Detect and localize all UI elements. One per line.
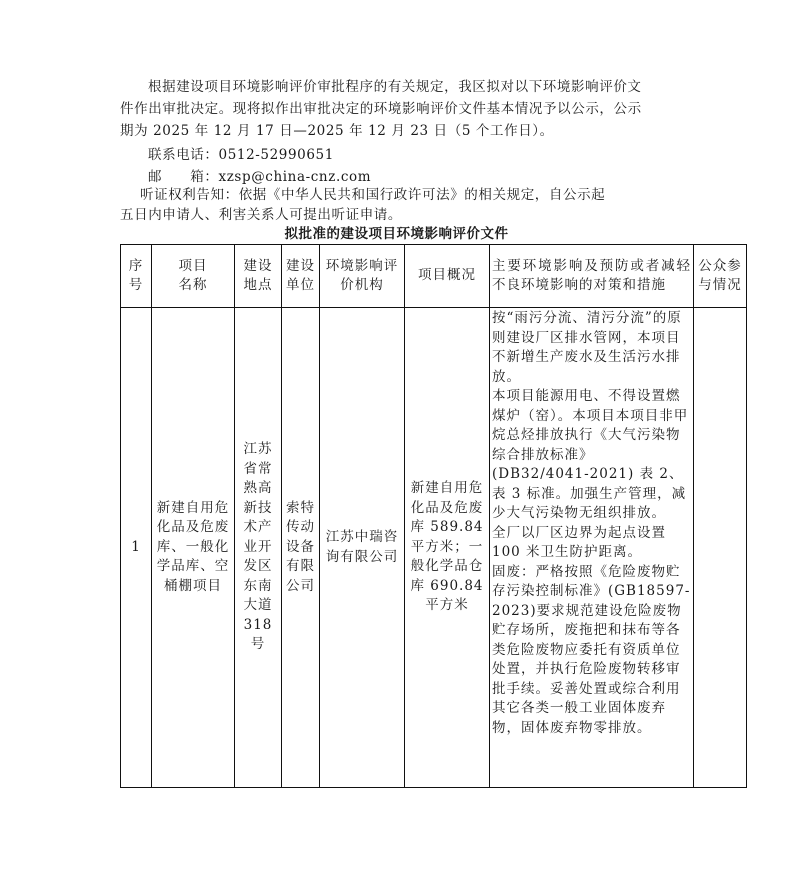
cell-eia-agency: 江苏中瑞咨询有限公司 [320, 308, 405, 788]
table-row: 1 新建自用危化品及危废库、一般化学品库、空桶棚项目 江苏省常熟高新技术产业开发… [121, 308, 747, 788]
phone-value: 0512-52990651 [219, 147, 334, 163]
contact-email: 邮 箱：xzsp@china-cnz.com [148, 165, 371, 185]
header-location: 建设地点 [235, 245, 282, 308]
measure-air: 本项目能源用电、不得设置燃煤炉（窑）。本项目本项目非甲烷总烃排放执行《大气污染物… [492, 387, 691, 524]
cell-overview: 新建自用危化品及危废库 589.84 平方米；一般化学品仓库 690.84 平方… [405, 308, 490, 788]
header-overview: 项目概况 [405, 245, 490, 308]
measure-water: 按“雨污分流、清污分流”的原则建设厂区排水管网，本项目不新增生产废水及生活污水排… [492, 309, 691, 387]
cell-measures: 按“雨污分流、清污分流”的原则建设厂区排水管网，本项目不新增生产废水及生活污水排… [490, 308, 694, 788]
phone-label: 联系电话： [148, 147, 219, 163]
header-measures: 主要环境影响及预防或者减轻不良环境影响的对策和措施 [490, 245, 694, 308]
measure-solid-waste: 固废：严格按照《危险废物贮存污染控制标准》(GB18597-2023)要求规范建… [492, 563, 691, 739]
cell-builder: 索特传动设备有限公司 [282, 308, 320, 788]
table-title: 拟批准的建设项目环境影响评价文件 [0, 222, 793, 242]
header-builder: 建设单位 [282, 245, 320, 308]
header-project-name: 项目名称 [152, 245, 235, 308]
contact-phone: 联系电话：0512-52990651 [148, 143, 334, 163]
cell-project-name: 新建自用危化品及危废库、一般化学品库、空桶棚项目 [152, 308, 235, 788]
header-public-participation: 公众参与情况 [694, 245, 747, 308]
cell-location: 江苏省常熟高新技术产业开发区东南大道318 号 [235, 308, 282, 788]
table-header-row: 序号 项目名称 建设地点 建设单位 环境影响评价机构 项目概况 主要环境影响及预… [121, 245, 747, 308]
cell-public-participation [694, 308, 747, 788]
header-index: 序号 [121, 245, 152, 308]
header-eia-agency: 环境影响评价机构 [320, 245, 405, 308]
hearing-notice-line-1: 听证权利告知：依据《中华人民共和国行政许可法》的相关规定，自公示起 [140, 183, 605, 203]
measure-protection-distance: 全厂以厂区边界为起点设置 100 米卫生防护距离。 [492, 524, 691, 563]
eia-table: 序号 项目名称 建设地点 建设单位 环境影响评价机构 项目概况 主要环境影响及预… [120, 244, 747, 788]
cell-index: 1 [121, 308, 152, 788]
intro-paragraph: 根据建设项目环境影响评价审批程序的有关规定，我区拟对以下环境影响评价文件作出审批… [120, 76, 650, 142]
hearing-notice-line-2: 五日内申请人、利害关系人可提出听证申请。 [120, 203, 402, 223]
intro-line-1: 根据建设项目环境影响评价审批程序的有关规定，我区拟对以下环境影响评 [148, 79, 613, 95]
